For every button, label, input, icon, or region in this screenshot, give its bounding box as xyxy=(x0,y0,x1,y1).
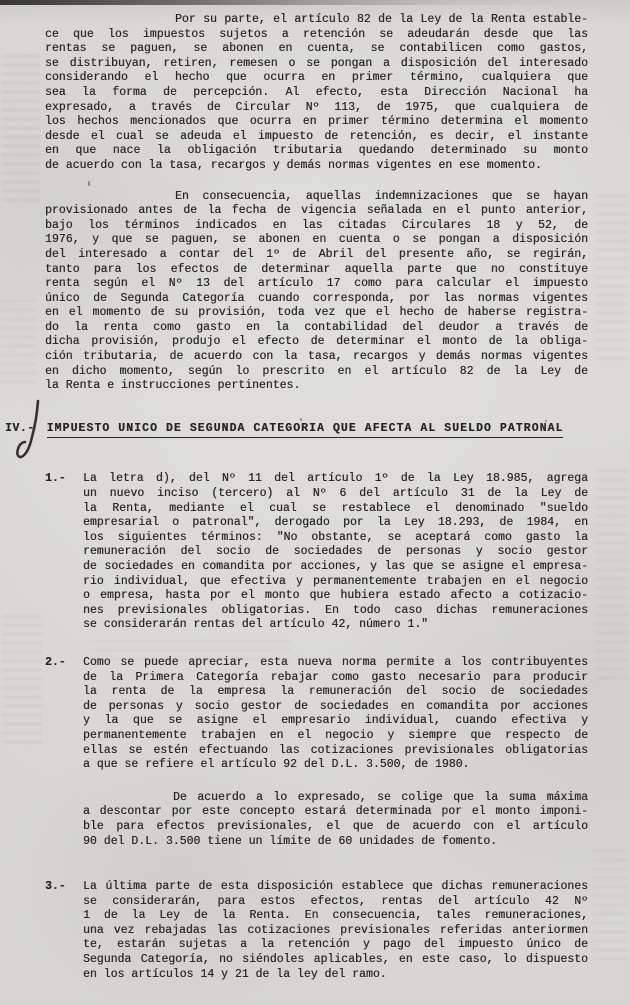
text-line: o empresa, hasta por el monto que hubier… xyxy=(83,589,588,604)
item-2-number: 2.- xyxy=(45,656,83,849)
text-line: en los artículos 14 y 21 de la ley del r… xyxy=(83,968,588,983)
text-line: La letra d), del Nº 11 del artículo 1º d… xyxy=(83,472,588,487)
bleedthrough-right-top xyxy=(595,195,627,365)
intro-paragraph-1: Por su parte, el artículo 82 de la Ley d… xyxy=(45,13,588,174)
item-2-block-2: De acuerdo a lo expresado, se colige que… xyxy=(83,791,588,849)
item-1-block-1: La letra d), del Nº 11 del artículo 1º d… xyxy=(83,472,588,633)
text-line: de personas y socio gestor de sociedades… xyxy=(83,700,588,715)
bleedthrough-left-lower xyxy=(2,615,42,745)
ink-speck xyxy=(545,420,547,422)
text-line: La última parte de esta disposición esta… xyxy=(83,880,588,895)
text-line: remuneración del socio de sociedades de … xyxy=(83,545,588,560)
bleedthrough-left-top xyxy=(2,55,40,205)
section-heading: IV.-IMPUESTO UNICO DE SEGUNDA CATEGORIA … xyxy=(45,422,588,437)
item-3-block-1: La última parte de esta disposición esta… xyxy=(83,880,588,982)
text-line: sea la forma de percepción. Al efecto, e… xyxy=(45,86,588,101)
text-line: de sociedades en comandita por acciones,… xyxy=(83,560,588,575)
text-line: se distribuyan, retiren, remesen o se po… xyxy=(45,57,588,72)
text-line: un nuevo inciso (tercero) al Nº 6 del ar… xyxy=(83,487,588,502)
text-line: del interesado a contar del 1º de Abril … xyxy=(45,248,588,263)
text-line: de la Primera Categoría rebajar como gas… xyxy=(83,671,588,686)
text-line: 90 del D.L. 3.500 tiene un límite de 60 … xyxy=(83,835,588,850)
text-line: Por su parte, el artículo 82 de la Ley d… xyxy=(45,13,588,28)
text-line: de acuerdo con la tasa, recargos y demás… xyxy=(45,159,588,174)
text-line: Segunda Categoría, no siéndoles aplicabl… xyxy=(83,953,588,968)
text-line: renta según el Nº 13 del artículo 17 com… xyxy=(45,277,588,292)
text-line: 1 de la Ley de la Renta. En consecuencia… xyxy=(83,909,588,924)
numbered-item-1: 1.- La letra d), del Nº 11 del artículo … xyxy=(45,472,588,633)
handwritten-checkmark xyxy=(4,398,50,478)
text-line: rio individual, que efectiva y permanent… xyxy=(83,575,588,590)
text-line: a que se refiere el artículo 92 del D.L.… xyxy=(83,758,588,773)
text-line: se considerarán rentas del artículo 42, … xyxy=(83,618,588,633)
text-line: do la renta como gasto en la contabilida… xyxy=(45,321,588,336)
text-line: te, estarán sujetas a la retención y pag… xyxy=(83,938,588,953)
text-line: los siguientes términos: "No obstante, s… xyxy=(83,531,588,546)
text-line: a descontar por este concepto estará det… xyxy=(83,805,588,820)
text-line: nes previsionales obligatorias. En todo … xyxy=(83,604,588,619)
text-line: Como se puede apreciar, esta nueva norma… xyxy=(83,656,588,671)
text-line: ción tributaria, de acuerdo con la tasa,… xyxy=(45,350,588,365)
item-2-text: Como se puede apreciar, esta nueva norma… xyxy=(83,656,588,849)
numbered-item-3: 3.- La última parte de esta disposición … xyxy=(45,880,588,982)
text-line: provisionado antes de la fecha de vigenc… xyxy=(45,204,588,219)
text-line: permanentemente trabajen en el negocio y… xyxy=(83,729,588,744)
text-line: dicha provisión, produjo el efecto de de… xyxy=(45,335,588,350)
text-line: De acuerdo a lo expresado, se colige que… xyxy=(83,791,588,806)
item-3-number: 3.- xyxy=(45,880,83,982)
text-line: una vez rebajadas las cotizaciones previ… xyxy=(83,924,588,939)
text-line: ellas se estén efectuando las cotizacion… xyxy=(83,744,588,759)
text-line: 1976, y que se paguen, se abonen en cuen… xyxy=(45,233,588,248)
text-line: en dicho momento, según lo prescrito en … xyxy=(45,365,588,380)
text-line: desde el cual se adeuda el impuesto de r… xyxy=(45,130,588,145)
text-line: y la que se asigne el empresario individ… xyxy=(83,714,588,729)
text-line: la Renta e instrucciones pertinentes. xyxy=(45,379,588,394)
document-page: Por su parte, el artículo 82 de la Ley d… xyxy=(0,0,630,1005)
ink-speck xyxy=(88,181,90,186)
item-2-block-1: Como se puede apreciar, esta nueva norma… xyxy=(83,656,588,773)
bleedthrough-right-mid xyxy=(595,470,627,680)
text-line: empresarial o patronal", derogado por la… xyxy=(83,516,588,531)
text-line: la Renta, mediante el cual se restablece… xyxy=(83,502,588,517)
text-line: se considerarán, para estos efectos, ren… xyxy=(83,895,588,910)
text-line: ble para efectos previsionales, el que d… xyxy=(83,820,588,835)
item-3-text: La última parte de esta disposición esta… xyxy=(83,880,588,982)
numbered-item-2: 2.- Como se puede apreciar, esta nueva n… xyxy=(45,656,588,849)
text-line: En consecuencia, aquellas indemnizacione… xyxy=(45,190,588,205)
bleedthrough-left-mid xyxy=(0,300,36,390)
text-line: los hechos mencionados que ocurra en pri… xyxy=(45,115,588,130)
bleedthrough-right-lower xyxy=(593,850,627,960)
text-line: en el momento de su provisión, toda vez … xyxy=(45,306,588,321)
item-1-number: 1.- xyxy=(45,472,83,633)
text-line: único de Segunda Categoría cuando corres… xyxy=(45,292,588,307)
text-line: ce que los impuestos sujetos a retención… xyxy=(45,28,588,43)
scanner-edge-artifact xyxy=(0,0,630,5)
text-line: rentas se paguen, se abonen en cuenta, s… xyxy=(45,42,588,57)
section-title: IMPUESTO UNICO DE SEGUNDA CATEGORIA QUE … xyxy=(47,422,564,438)
text-line: en que nace la obligación tributaria que… xyxy=(45,144,588,159)
intro-paragraph-2: En consecuencia, aquellas indemnizacione… xyxy=(45,190,588,394)
text-line: tanto para los efectos de determinar aqu… xyxy=(45,263,588,278)
text-line: considerando el hecho que ocurra en prim… xyxy=(45,71,588,86)
ink-speck xyxy=(300,418,302,421)
item-1-text: La letra d), del Nº 11 del artículo 1º d… xyxy=(83,472,588,633)
text-line: bajo los términos indicados en las citad… xyxy=(45,219,588,234)
text-line: expresado, a través de Circular Nº 113, … xyxy=(45,101,588,116)
text-line: la renta de la empresa la remuneración d… xyxy=(83,685,588,700)
